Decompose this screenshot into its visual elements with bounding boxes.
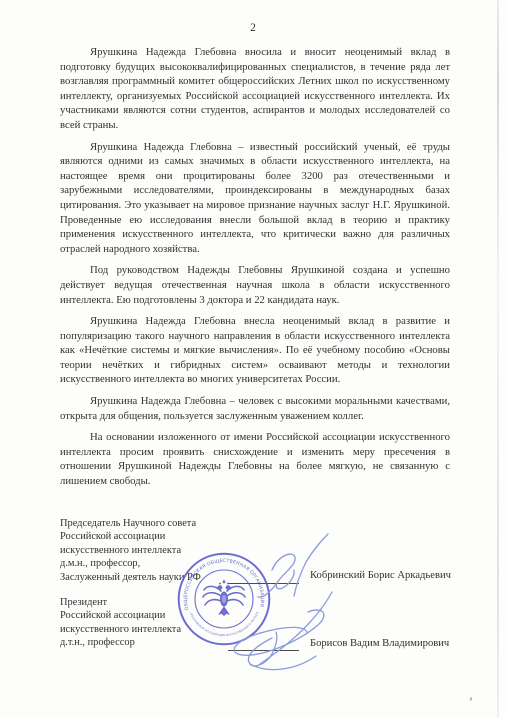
scan-dot-artifact	[469, 697, 472, 701]
paragraph: Ярушкина Надежда Глебовна – человек с вы…	[60, 394, 450, 423]
signatures-overlay	[220, 526, 410, 686]
page-number: 2	[0, 22, 506, 34]
paragraph: Под руководством Надежды Глебовны Ярушки…	[60, 263, 450, 307]
paragraph: На основании изложенного от имени Россий…	[60, 430, 450, 488]
signature-1-ink	[258, 534, 328, 597]
paragraph: Ярушкина Надежда Глебовна – известный ро…	[60, 140, 450, 257]
letter-body: Ярушкина Надежда Глебовна вносила и внос…	[60, 45, 450, 496]
paragraph: Ярушкина Надежда Глебовна вносила и внос…	[60, 45, 450, 133]
signature-2-ink	[234, 592, 332, 670]
paragraph: Ярушкина Надежда Глебовна внесла неоцени…	[60, 314, 450, 387]
document-page: 2 Ярушкина Надежда Глебовна вносила и вн…	[0, 0, 506, 718]
scan-edge-artifact	[497, 0, 499, 718]
